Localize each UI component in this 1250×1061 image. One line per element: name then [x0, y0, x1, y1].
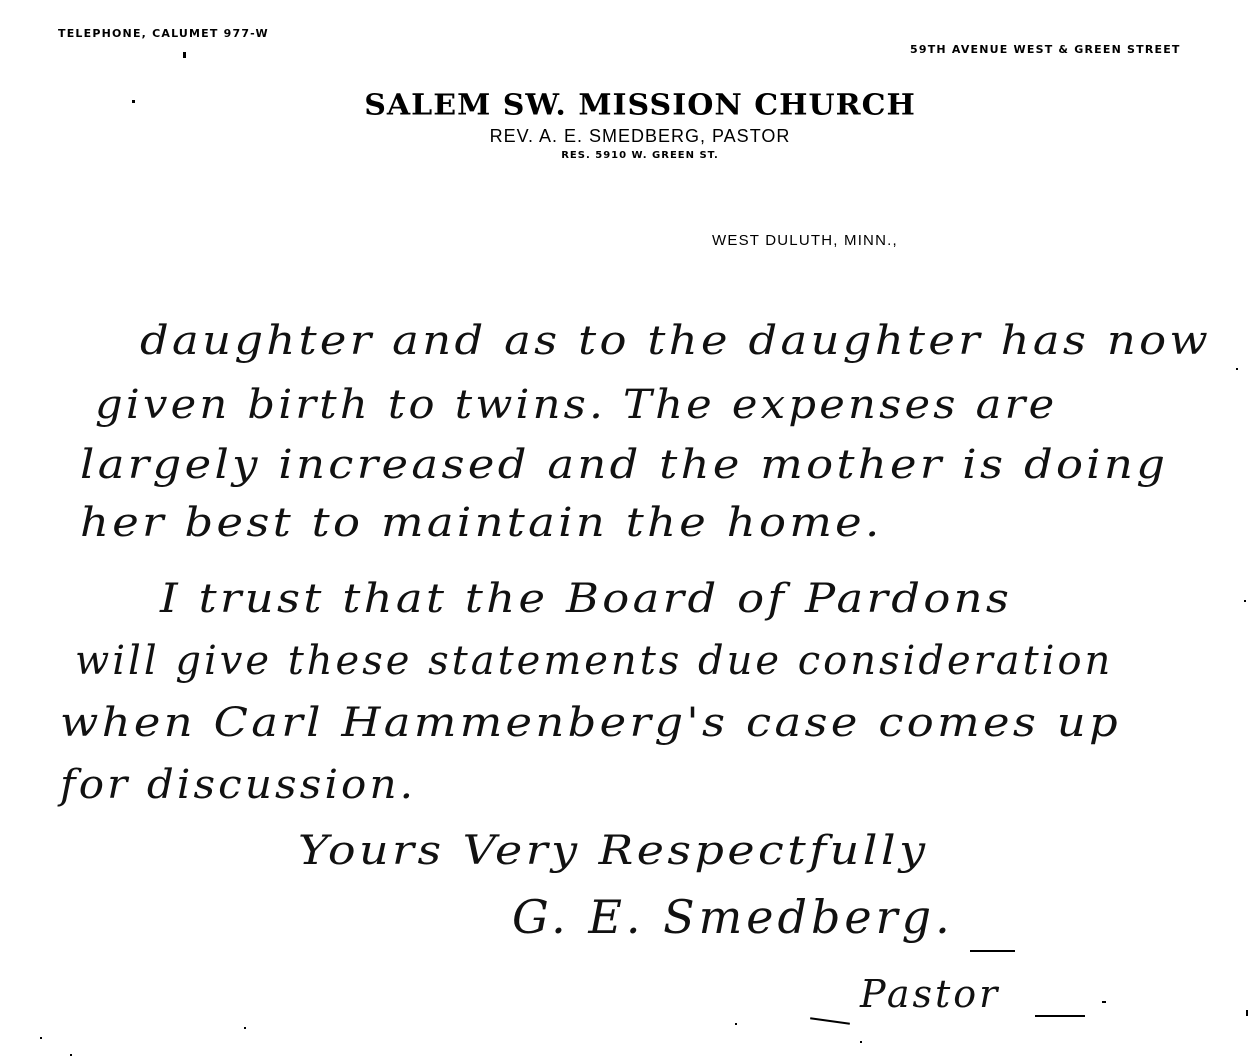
body-line-7: when Carl Hammenberg's case comes up	[60, 700, 1121, 746]
letterhead-address: 59TH AVENUE WEST & GREEN STREET	[910, 43, 1181, 56]
signature: G. E. Smedberg.	[512, 890, 954, 944]
signature-title: Pastor	[860, 972, 1000, 1016]
scan-speck	[132, 100, 135, 103]
scan-speck	[70, 1054, 72, 1056]
pen-stroke	[1035, 1015, 1085, 1017]
body-line-5: I trust that the Board of Pardons	[160, 576, 1012, 622]
letterhead-telephone: TELEPHONE, CALUMET 977-W	[58, 27, 269, 40]
body-line-8: for discussion.	[60, 762, 416, 808]
pen-stroke	[810, 1017, 850, 1025]
letterhead-city: WEST DULUTH, MINN.,	[712, 232, 898, 249]
scan-speck	[40, 1037, 42, 1039]
letter-page: TELEPHONE, CALUMET 977-W 59TH AVENUE WES…	[0, 0, 1250, 1061]
closing: Yours Very Respectfully	[298, 828, 929, 874]
letterhead-residence: RES. 5910 W. GREEN ST.	[490, 150, 790, 161]
body-line-2: given birth to twins. The expenses are	[95, 382, 1057, 428]
scan-speck	[183, 52, 186, 58]
body-line-4: her best to maintain the home.	[80, 500, 883, 546]
scan-speck	[735, 1023, 737, 1025]
scan-speck	[860, 1041, 862, 1043]
scan-speck	[1236, 368, 1238, 370]
letterhead-pastor: REV. A. E. SMEDBERG, PASTOR	[440, 126, 840, 147]
body-line-1: daughter and as to the daughter has now	[140, 318, 1211, 364]
body-line-3: largely increased and the mother is doin…	[80, 442, 1168, 488]
body-line-6: will give these statements due considera…	[75, 638, 1113, 684]
scan-speck	[1246, 1010, 1248, 1016]
scan-speck	[1244, 600, 1246, 602]
scan-speck	[244, 1027, 246, 1029]
scan-speck	[1102, 1001, 1106, 1003]
letterhead-church-name: SALEM SW. MISSION CHURCH	[310, 89, 970, 122]
pen-stroke	[970, 950, 1015, 952]
